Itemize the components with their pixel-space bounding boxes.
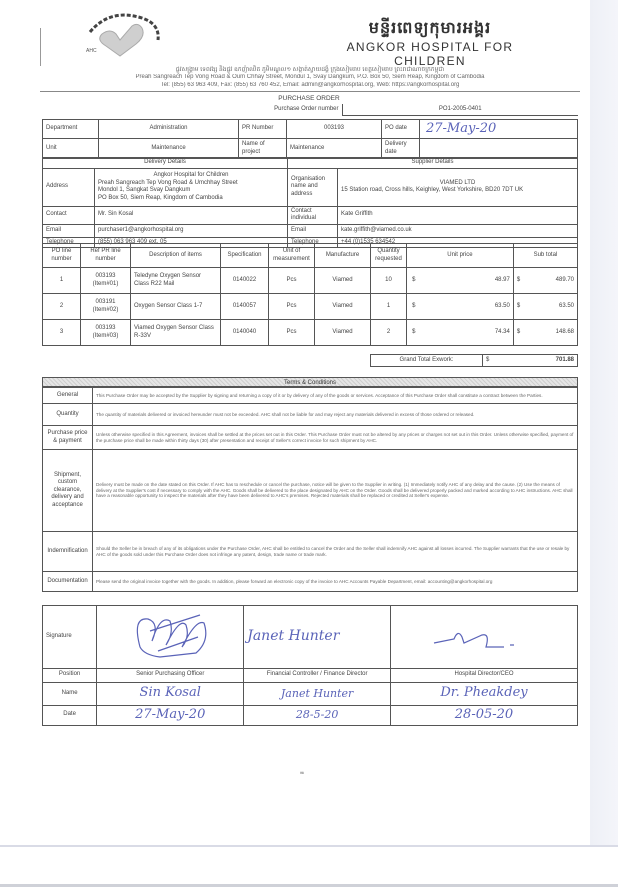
item-qty: 10 (371, 268, 407, 294)
items-header-cell: Unit price (407, 244, 514, 268)
item-sub-currency: $ (513, 268, 527, 294)
name-label: Name (43, 682, 97, 705)
terms-label: Indemnification (43, 532, 93, 572)
delivery-email[interactable]: purchaser1@angkorhospital.org (95, 224, 288, 237)
grand-total-value: 701.88 (503, 355, 578, 367)
supplier-details-heading: Supplier Details (288, 158, 578, 169)
item-sub-currency: $ (513, 320, 527, 346)
terms-table: GeneralThis Purchase Order may be accept… (42, 387, 578, 592)
terms-row: DocumentationPlease send the original in… (43, 572, 578, 592)
supplier-contact-label: Contact individual (288, 206, 338, 224)
item-spec: 0140040 (221, 320, 269, 346)
position-label: Position (43, 668, 97, 682)
item-spec: 0140022 (221, 268, 269, 294)
terms-label: Documentation (43, 572, 93, 592)
terms-row: QuantityThe quantity of materials delive… (43, 404, 578, 426)
signature-1 (97, 606, 244, 669)
department-value: Administration (99, 120, 239, 139)
terms-text: This Purchase Order may be accepted by t… (93, 388, 578, 404)
item-currency: $ (407, 268, 421, 294)
item-line: 3 (43, 320, 81, 346)
terms-text: The quantity of materials delivered or i… (93, 404, 578, 426)
supplier-email[interactable]: kate.griffith@viamed.co.uk (338, 224, 578, 237)
hospital-logo: AHC (80, 10, 170, 60)
items-header-cell: Sub total (513, 244, 577, 268)
date-label: Date (43, 705, 97, 725)
signature-2: Janet Hunter (244, 606, 391, 669)
item-currency: $ (407, 294, 421, 320)
supplier-org-label: Organisation name and address (288, 168, 338, 206)
item-unit-price: 63.50 (421, 294, 514, 320)
signature-table: Signature Janet Hunter Position Senior P… (42, 605, 578, 726)
delivery-supplier-table: Delivery Details Supplier Details Addres… (42, 157, 578, 248)
address-label: Address (43, 168, 95, 206)
delivery-address: Angkor Hospital for Children Preah Sangr… (95, 168, 288, 206)
items-table: PO line numberRef PR line numberDescript… (42, 243, 578, 346)
svg-text:AHC: AHC (86, 48, 97, 54)
hospital-name-english: ANGKOR HOSPITAL FOR CHILDREN (320, 40, 540, 68)
item-unit-price: 74.34 (421, 320, 514, 346)
item-qty: 2 (371, 320, 407, 346)
delivery-contact: Mr. Sin Kosal (95, 206, 288, 224)
items-header-cell: PO line number (43, 244, 81, 268)
page-bottom-edge (0, 845, 618, 887)
grand-total-label: Grand Total Exwork: (371, 355, 483, 367)
grand-total-currency: $ (483, 355, 503, 367)
table-row: 2003191 (Item#02)Oxygen Sensor Class 1-7… (43, 294, 578, 320)
page-shadow (590, 0, 618, 845)
items-header-cell: Description of items (131, 244, 221, 268)
contact-line: Tel: (855) 63 963 409, Fax: (855) 63 760… (40, 82, 580, 88)
email-label: Email (43, 224, 95, 237)
name-1: Sin Kosal (97, 682, 244, 705)
position-1: Senior Purchasing Officer (97, 668, 244, 682)
terms-label: Quantity (43, 404, 93, 426)
items-header-cell: Specification (221, 244, 269, 268)
page-edge-mark (40, 28, 41, 66)
terms-text: Unless otherwise specified in this Agree… (93, 426, 578, 450)
terms-text: Should the Seller be in breach of any of… (93, 532, 578, 572)
signature-label: Signature (43, 606, 97, 669)
item-subtotal: 489.70 (527, 268, 577, 294)
item-manufacture: Viamed (315, 320, 371, 346)
items-header-cell: Quantity requested (371, 244, 407, 268)
heart-logo-icon: AHC (80, 10, 170, 60)
po-date-value: 27-May-20 (420, 120, 578, 139)
signature-scribble-icon (100, 607, 240, 663)
unit-label: Unit (43, 139, 99, 159)
terms-label: Shipment, custom clearance, delivery and… (43, 450, 93, 532)
item-unit: Pcs (269, 320, 315, 346)
items-header-cell: Manufacture (315, 244, 371, 268)
item-line: 2 (43, 294, 81, 320)
pr-number-label: PR Number (239, 120, 287, 139)
signature-3 (391, 606, 578, 669)
table-row: 3003193 (Item#03)Viamed Oxygen Sensor Cl… (43, 320, 578, 346)
item-unit: Pcs (269, 268, 315, 294)
unit-value: Maintenance (99, 139, 239, 159)
item-unit: Pcs (269, 294, 315, 320)
terms-row: Purchase price & paymentUnless otherwise… (43, 426, 578, 450)
name-2: Janet Hunter (244, 682, 391, 705)
item-description: Viamed Oxygen Sensor Class R-33V (131, 320, 221, 346)
delivery-address-line: Preah Sangreach Tep Vong Road & Umchhay … (98, 180, 284, 188)
item-sub-currency: $ (513, 294, 527, 320)
project-value: Maintenance (287, 139, 382, 159)
item-currency: $ (407, 320, 421, 346)
item-ref: 003193 (Item#01) (81, 268, 131, 294)
hospital-name-khmer: មន្ទីរពេទ្យកុមារអង្គរ (320, 17, 540, 41)
po-number-table: Purchase Order number PO1-2005-0401 (42, 104, 578, 116)
item-description: Oxygen Sensor Class 1-7 (131, 294, 221, 320)
supplier-address-line: 15 Station road, Cross hills, Keighley, … (341, 187, 574, 195)
terms-text: Please send the original invoice togethe… (93, 572, 578, 592)
po-date-label: PO date (382, 120, 420, 139)
delivery-address-line: PO Box 50, Siem Reap, Kingdom of Cambodi… (98, 195, 284, 203)
terms-row: IndemnificationShould the Seller be in b… (43, 532, 578, 572)
supplier-org: VIAMED LTD (341, 180, 574, 188)
item-description: Teledyne Oxygen Sensor Class R22 Mail (131, 268, 221, 294)
item-spec: 0140057 (221, 294, 269, 320)
item-qty: 1 (371, 294, 407, 320)
project-label: Name of project (239, 139, 287, 159)
item-unit-price: 48.97 (421, 268, 514, 294)
table-row: 1003193 (Item#01)Teledyne Oxygen Sensor … (43, 268, 578, 294)
supplier-email-label: Email (288, 224, 338, 237)
terms-text: Delivery must be made on the date stated… (93, 450, 578, 532)
signature-2-text: Janet Hunter (247, 628, 339, 644)
terms-heading: Terms & Conditions (42, 377, 578, 387)
position-3: Hospital Director/CEO (391, 668, 578, 682)
pr-number-value: 003193 (287, 120, 382, 139)
delivery-date-value (420, 139, 578, 159)
header-divider (40, 91, 580, 92)
signature-scribble-icon (394, 607, 574, 663)
terms-label: General (43, 388, 93, 404)
date-2: 28-5-20 (244, 705, 391, 725)
supplier-address: VIAMED LTD 15 Station road, Cross hills,… (338, 168, 578, 206)
item-manufacture: Viamed (315, 294, 371, 320)
item-ref: 003191 (Item#02) (81, 294, 131, 320)
delivery-details-heading: Delivery Details (43, 158, 288, 169)
address-khmer: ផ្លូវសង្រ្គាម ទេពវង្ស និងផ្លូវ ឧកញ៉ាឈិត … (40, 65, 580, 74)
item-subtotal: 148.68 (527, 320, 577, 346)
item-manufacture: Viamed (315, 268, 371, 294)
department-label: Department (43, 120, 99, 139)
document-title: PURCHASE ORDER (0, 95, 618, 102)
terms-row: GeneralThis Purchase Order may be accept… (43, 388, 578, 404)
delivery-address-line: Mondol 1, Sangkat Svay Dangkum (98, 187, 284, 195)
position-2: Financial Controller / Finance Director (244, 668, 391, 682)
contact-label: Contact (43, 206, 95, 224)
date-1: 27-May-20 (97, 705, 244, 725)
address-line: Preah Sangreach Tep Vong Road & Oum Chha… (40, 74, 580, 80)
delivery-org: Angkor Hospital for Children (98, 172, 284, 180)
item-subtotal: 63.50 (527, 294, 577, 320)
footer-mark: ໜ (300, 770, 304, 775)
delivery-date-label: Delivery date (382, 139, 420, 159)
supplier-contact: Kate Griffith (338, 206, 578, 224)
name-3: Dr. Pheakdey (391, 682, 578, 705)
terms-row: Shipment, custom clearance, delivery and… (43, 450, 578, 532)
item-ref: 003193 (Item#03) (81, 320, 131, 346)
po-number-label: Purchase Order number (42, 104, 342, 115)
item-line: 1 (43, 268, 81, 294)
items-header-cell: Unit of measurement (269, 244, 315, 268)
items-header-cell: Ref PR line number (81, 244, 131, 268)
po-info-table: Department Administration PR Number 0031… (42, 119, 578, 159)
items-header-row: PO line numberRef PR line numberDescript… (43, 244, 578, 268)
po-number: PO1-2005-0401 (342, 104, 578, 115)
grand-total-table: Grand Total Exwork: $ 701.88 (370, 354, 578, 367)
date-3: 28-05-20 (391, 705, 578, 725)
terms-label: Purchase price & payment (43, 426, 93, 450)
